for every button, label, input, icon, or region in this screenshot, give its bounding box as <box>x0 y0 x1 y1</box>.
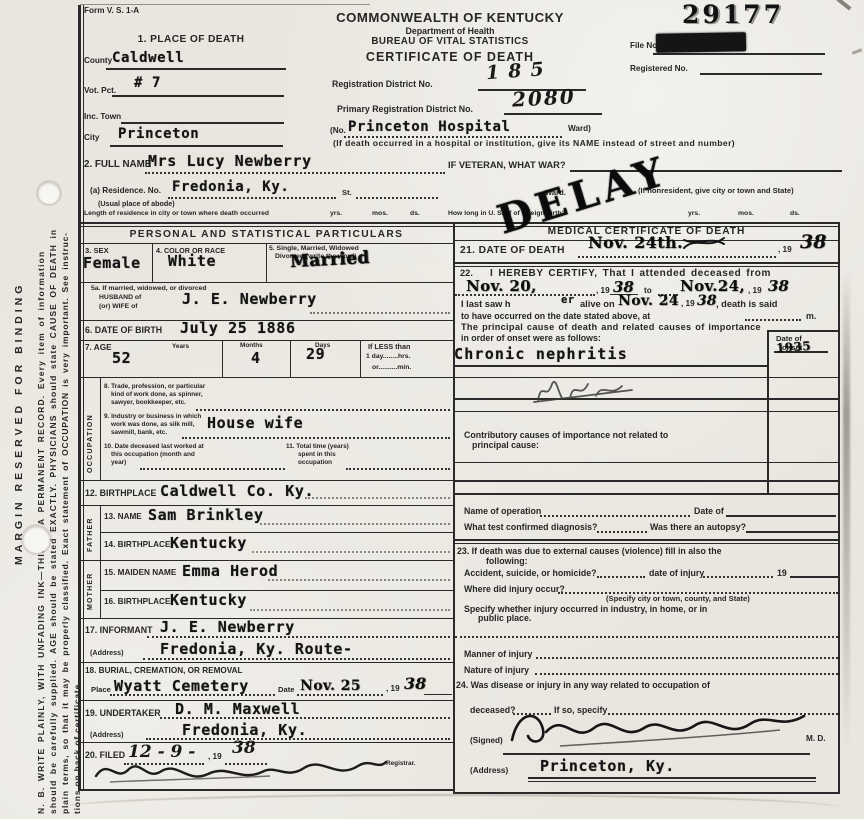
age-months-value: 4 <box>251 349 261 367</box>
handwritten-cause-note <box>530 372 640 408</box>
rule-line <box>121 122 284 124</box>
rule-line <box>453 262 840 264</box>
registered-no-label: Registered No. <box>630 64 688 73</box>
rule-line <box>453 398 840 400</box>
occupation-relation-label: 24. Was disease or injury in any way rel… <box>456 680 710 690</box>
onset-year-stamp: 1935 <box>776 339 812 355</box>
last-saw-text2: alive on <box>580 299 615 309</box>
rule-line <box>455 636 838 638</box>
rule-line <box>80 662 453 663</box>
date-of-death-label: 21. DATE OF DEATH <box>460 245 565 256</box>
informant-address-value: Fredonia, Ky. Route- <box>160 640 353 658</box>
rule-line <box>453 539 840 541</box>
rule-line <box>653 53 825 55</box>
margin-instruction-line3: plain terms, so that it may be properly … <box>60 232 70 814</box>
rule-line <box>80 282 453 283</box>
date-of-death-crossout <box>680 232 728 254</box>
informant-address-label: (Address) <box>90 648 124 657</box>
department-heading: Department of Health <box>330 26 570 36</box>
rule-line <box>252 551 450 553</box>
ds-label: ds. <box>410 210 420 217</box>
scan-mark <box>836 0 851 11</box>
rule-line <box>767 330 840 332</box>
rule-line <box>535 673 838 675</box>
where-injury-label: Where did injury occur? <box>464 584 565 594</box>
rule-line <box>260 523 450 525</box>
rule-line <box>290 340 291 377</box>
scan-mark <box>852 48 862 54</box>
mother-side-label: MOTHER <box>87 572 94 610</box>
rule-line <box>346 468 450 470</box>
cause-of-death-value: Chronic nephritis <box>454 345 628 363</box>
ds-label: ds. <box>790 210 800 217</box>
rule-line <box>100 505 101 618</box>
rule-line <box>453 411 840 412</box>
registration-district-value: 185 <box>485 58 553 85</box>
physician-address-label: (Address) <box>470 766 508 775</box>
occurred-text: to have occurred on the date stated abov… <box>461 311 650 321</box>
hospital-note: (If death occurred in a hospital or inst… <box>333 138 735 148</box>
rule-line <box>745 319 801 321</box>
hospital-no-label: (No. <box>330 126 346 135</box>
total-time-label-line1: 11. Total time (years) <box>286 443 349 450</box>
mos-label: mos. <box>372 210 388 217</box>
burial-place-value: Wyatt Cemetery <box>114 677 249 695</box>
commonwealth-heading: COMMONWEALTH OF KENTUCKY <box>330 10 570 25</box>
specify-injury-label2: public place. <box>478 613 531 623</box>
informant-value: J. E. Newberry <box>160 618 295 636</box>
from-year-prefix: , 19 <box>596 286 610 295</box>
last-saw-text3: , death is said <box>716 299 777 309</box>
rule-line <box>453 266 840 267</box>
rule-line <box>100 590 453 591</box>
rule-line <box>196 409 450 411</box>
father-birthplace-value: Kentucky <box>170 534 247 552</box>
rule-line <box>268 579 450 581</box>
operation-date-label: Date of <box>694 506 724 516</box>
father-birthplace-label: 14. BIRTHPLACE <box>104 540 170 549</box>
rule-line <box>597 576 645 578</box>
rule-line <box>250 609 450 611</box>
specify-city-note: (Specify city or town, county, and State… <box>606 594 750 603</box>
accident-label: Accident, suicide, or homicide? <box>464 568 596 578</box>
trade-label-line2: kind of work done, as spinner, <box>111 391 203 398</box>
last-saw-year-prefix: , 19 <box>681 299 695 308</box>
inc-town-label: Inc. Town <box>84 112 121 121</box>
voting-precinct-label: Vot. Pct. <box>84 86 116 95</box>
last-saw-date: Nov. 24 <box>618 293 679 309</box>
rule-line <box>78 222 840 224</box>
city-label: City <box>84 133 99 142</box>
rule-line <box>80 340 453 341</box>
rule-line <box>424 694 452 695</box>
bureau-heading: BUREAU OF VITAL STATISTICS <box>330 36 570 47</box>
external-cause-label1: 23. If death was due to external causes … <box>457 546 721 556</box>
mother-maiden-name-label: 15. MAIDEN NAME <box>104 568 176 577</box>
county-value: Caldwell <box>112 50 184 66</box>
rule-line <box>78 789 455 791</box>
rule-line <box>182 437 450 439</box>
to-year-value: 38 <box>768 277 789 295</box>
form-number: Form V. S. 1-A <box>84 6 139 15</box>
rule-line <box>528 781 816 782</box>
margin-instruction-line4: tions on back of certificate. <box>72 681 82 814</box>
age-months-label: Months <box>240 342 263 349</box>
rule-line <box>297 694 383 696</box>
rule-line <box>746 531 838 533</box>
death-year-value: 38 <box>800 231 826 253</box>
principal-cause-text1: The principal cause of death and related… <box>461 322 761 332</box>
father-name-value: Sam Brinkley <box>148 506 264 524</box>
rule-line <box>143 658 450 660</box>
rule-line <box>147 636 450 638</box>
mos-label: mos. <box>738 210 754 217</box>
mother-birthplace-label: 16. BIRTHPLACE <box>104 597 170 606</box>
rule-line <box>112 95 284 97</box>
rule-line <box>453 462 840 463</box>
undertaker-address-label: (Address) <box>90 730 124 739</box>
physician-signature <box>500 702 815 754</box>
rule-line <box>110 145 283 147</box>
autopsy-label: Was there an autopsy? <box>650 522 746 532</box>
injury-date-label: date of injury <box>649 568 704 578</box>
rule-line <box>152 243 153 282</box>
occupation-side-label: OCCUPATION <box>87 414 94 473</box>
undertaker-label: 19. UNDERTAKER <box>85 708 161 718</box>
external-cause-label2: following: <box>486 556 528 566</box>
rule-line <box>100 532 453 533</box>
rule-line <box>453 480 840 482</box>
less-than-label2: 1 day........hrs. <box>366 353 410 360</box>
informant-label: 17. INFORMANT <box>85 625 152 635</box>
ward-label: Ward) <box>568 124 591 133</box>
residence-length-label: Length of residence in city or town wher… <box>84 210 269 217</box>
rule-line <box>78 5 81 790</box>
file-number-redaction <box>656 32 746 53</box>
contributory-label2: principal cause: <box>472 440 539 450</box>
rule-line <box>106 68 286 70</box>
rule-line <box>80 505 453 506</box>
rule-line <box>80 560 453 561</box>
abode-note: (Usual place of abode) <box>98 199 175 208</box>
age-years-value: 52 <box>112 349 131 367</box>
primary-district-value: 2080 <box>511 84 576 111</box>
full-name-label: 2. FULL NAME <box>84 159 151 170</box>
death-certificate-scan: MARGIN RESERVED FOR BINDING N. B. WRITE … <box>0 0 864 819</box>
birthplace-value: Caldwell Co. Ky. <box>160 482 314 500</box>
rule-line <box>100 377 101 480</box>
rule-line <box>140 468 285 470</box>
last-saw-text1: I last saw h <box>461 299 511 309</box>
registration-district-label: Registration District No. <box>332 79 433 89</box>
burial-place-label: Place <box>91 685 111 694</box>
operation-label: Name of operation <box>464 506 541 516</box>
burial-date-label: Date <box>278 685 294 694</box>
rule-line <box>453 493 840 495</box>
hospital-name-value: Princeton Hospital <box>348 119 511 135</box>
rule-line <box>790 576 838 578</box>
date-of-birth-label: 6. DATE OF BIRTH <box>85 325 162 335</box>
rule-line <box>80 4 370 5</box>
rule-line <box>360 340 361 377</box>
to-year-prefix: , 19 <box>748 286 762 295</box>
county-label: County <box>84 56 112 65</box>
signed-label: (Signed) <box>470 736 503 745</box>
hole-punch <box>38 182 60 204</box>
personal-particulars-heading: PERSONAL AND STATISTICAL PARTICULARS <box>80 229 453 240</box>
sex-value: Female <box>83 254 141 272</box>
date-of-death-value: Nov. 24th. <box>588 233 683 252</box>
spouse-label-line2: HUSBAND of <box>99 294 141 301</box>
mother-birthplace-value: Kentucky <box>170 591 247 609</box>
rule-line <box>80 480 453 481</box>
yrs-label: yrs. <box>688 210 700 217</box>
physician-address-value: Princeton, Ky. <box>540 757 675 775</box>
full-name-value: Mrs Lucy Newberry <box>148 152 312 170</box>
rule-line <box>578 256 776 258</box>
rule-line <box>305 497 450 499</box>
rule-line <box>453 222 455 792</box>
place-of-death-heading: 1. PLACE OF DEATH <box>116 34 266 45</box>
rule-line <box>356 197 438 199</box>
less-than-label1: If LESS than <box>368 342 410 351</box>
rule-line <box>528 777 816 779</box>
last-worked-label-line1: 10. Date deceased last worked at <box>104 443 204 450</box>
rule-line <box>504 113 602 115</box>
burial-date-value: Nov. 25 <box>300 678 361 694</box>
contributory-label1: Contributory causes of importance not re… <box>464 430 668 440</box>
last-saw-year-value: 38 <box>697 293 716 309</box>
rule-line <box>597 531 647 533</box>
rule-line <box>540 515 690 517</box>
last-saw-er: er <box>561 294 575 306</box>
burial-year-prefix: , 19 <box>386 684 400 693</box>
injury-year-prefix: 19 <box>777 568 787 578</box>
less-than-label3: or..........min. <box>372 364 411 371</box>
total-time-label-line3: occupation <box>298 459 332 466</box>
rule-line <box>310 312 450 314</box>
meridiem-label: m. <box>806 311 816 321</box>
father-side-label: FATHER <box>87 517 94 552</box>
veteran-war-label: IF VETERAN, WHAT WAR? <box>448 160 566 170</box>
attended-from-date: Nov. 20, <box>466 277 537 295</box>
age-days-value: 29 <box>306 345 325 363</box>
burial-year-value: 38 <box>404 674 426 693</box>
rule-line <box>838 222 840 794</box>
rule-line <box>222 340 223 377</box>
residence-value: Fredonia, Ky. <box>172 179 289 195</box>
undertaker-address-value: Fredonia, Ky. <box>182 721 307 739</box>
rule-line <box>83 5 84 790</box>
marital-status-stamp: Married <box>290 248 371 272</box>
spouse-label-line3: (or) WIFE of <box>99 303 138 310</box>
residence-label: (a) Residence. No. <box>90 186 161 195</box>
rule-line <box>453 543 840 544</box>
rule-line <box>266 243 267 282</box>
rule-line <box>700 73 822 75</box>
mother-maiden-name-value: Emma Herod <box>182 562 278 580</box>
certificate-number-stamp: 29177 <box>682 0 784 29</box>
undertaker-value: D. M. Maxwell <box>175 700 300 718</box>
rule-line <box>80 377 453 378</box>
date-of-birth-value: July 25 1886 <box>180 319 296 337</box>
rule-line <box>536 657 838 659</box>
manner-of-injury-label: Manner of injury <box>464 649 532 659</box>
industry-label-line1: 9. Industry or business in which <box>104 413 201 420</box>
registrar-label: Registrar. <box>386 760 415 767</box>
rule-line <box>703 576 773 578</box>
last-worked-label-line2: this occupation (month and <box>111 451 195 458</box>
occupation-value: House wife <box>207 414 303 432</box>
last-worked-label-line3: year) <box>111 459 126 466</box>
rule-line <box>453 377 840 378</box>
scan-fold-line <box>60 794 840 819</box>
trade-label-line1: 8. Trade, profession, or particular <box>104 383 205 390</box>
birthplace-label: 12. BIRTHPLACE <box>85 488 156 498</box>
industry-label-line2: work was done, as silk mill, <box>111 421 194 428</box>
rule-line <box>168 197 336 199</box>
race-value: White <box>168 252 216 270</box>
residence-st-label: St. <box>342 188 352 197</box>
burial-label: 18. BURIAL, CREMATION, OR REMOVAL <box>85 666 243 675</box>
total-time-label-line2: spent in this <box>298 451 336 458</box>
principal-cause-text2: in order of onset were as follows: <box>461 333 601 343</box>
margin-instruction-line2: should be carefully supplied. AGE should… <box>48 229 58 814</box>
city-value: Princeton <box>118 126 199 142</box>
nature-of-injury-label: Nature of injury <box>464 665 529 675</box>
voting-precinct-value: # 7 <box>134 75 161 91</box>
registrar-signature <box>90 746 390 788</box>
trade-label-line3: sawyer, bookkeeper, etc. <box>111 399 186 406</box>
primary-district-label: Primary Registration District No. <box>337 104 473 114</box>
death-year-prefix: , 19 <box>778 245 792 254</box>
father-name-label: 13. NAME <box>104 512 142 521</box>
test-label: What test confirmed diagnosis? <box>464 522 597 532</box>
industry-label-line3: sawmill, bank, etc. <box>111 429 167 436</box>
rule-line <box>726 515 836 517</box>
spouse-value: J. E. Newberry <box>182 290 317 308</box>
scan-edge-shadow <box>843 270 850 750</box>
yrs-label: yrs. <box>330 210 342 217</box>
rule-line <box>145 172 445 174</box>
hole-punch <box>23 526 50 553</box>
age-years-label: Years <box>172 343 189 350</box>
margin-binding-note: MARGIN RESERVED FOR BINDING <box>13 282 25 565</box>
age-label: 7. AGE <box>85 343 112 352</box>
rule-line <box>453 365 767 367</box>
